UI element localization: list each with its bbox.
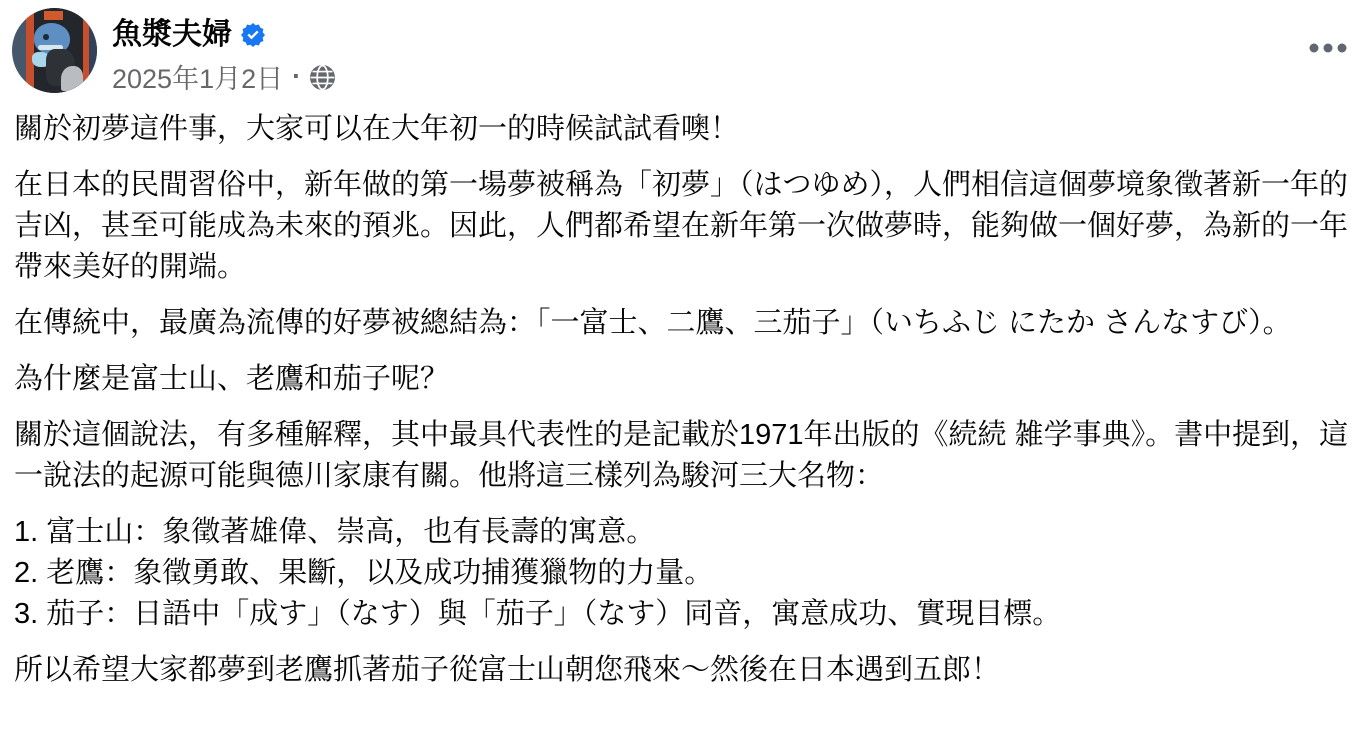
facebook-post: 魚漿夫婦 2025年1月2日 · [0,0,1366,740]
meta-separator: · [292,61,301,92]
post-menu-button[interactable] [1306,36,1350,62]
post-paragraph: 關於初夢這件事，大家可以在大年初一的時候試試看噢！ [14,109,1352,150]
globe-icon [310,65,335,90]
post-paragraph: 為什麼是富士山、老鷹和茄子呢？ [14,359,1352,400]
avatar[interactable] [12,8,97,93]
post-meta-row: 2025年1月2日 · [112,57,335,96]
post-text: 關於初夢這件事，大家可以在大年初一的時候試試看噢！ 在日本的民間習俗中，新年做的… [0,109,1366,691]
post-paragraph: 所以希望大家都夢到老鷹抓著茄子從富士山朝您飛來～然後在日本遇到五郎！ [14,650,1352,691]
post-paragraph: 關於這個說法，有多種解釋，其中最具代表性的是記載於1971年出版的《続続 雑学事… [14,415,1352,497]
post-paragraph-list: 1. 富士山：象徵著雄偉、崇高，也有長壽的寓意。 2. 老鷹：象徵勇敢、果斷，以… [14,512,1352,635]
post-paragraph: 在傳統中，最廣為流傳的好夢被總結為：「一富士、二鷹、三茄子」（いちふじ にたか … [14,303,1352,344]
author-name[interactable]: 魚漿夫婦 [112,18,232,51]
post-header: 魚漿夫婦 2025年1月2日 · [0,0,1366,96]
post-paragraph: 在日本的民間習俗中，新年做的第一場夢被稱為「初夢」（はつゆめ），人們相信這個夢境… [14,165,1352,288]
post-header-info: 魚漿夫婦 2025年1月2日 · [112,8,335,96]
verified-badge-icon [241,23,265,47]
post-timestamp[interactable]: 2025年1月2日 [112,57,283,96]
author-name-row: 魚漿夫婦 [112,18,335,51]
ellipsis-icon [1308,40,1348,58]
